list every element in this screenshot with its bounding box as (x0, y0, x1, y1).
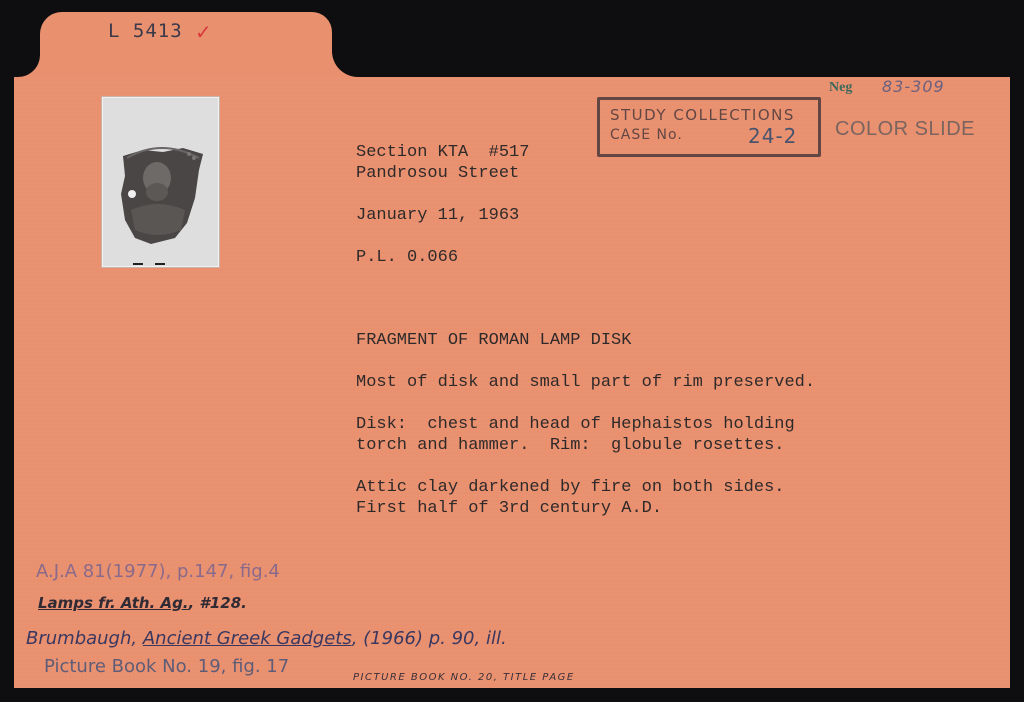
reference-lamps: Lamps fr. Ath. Ag., #128. (38, 594, 247, 612)
preservation-line: Most of disk and small part of rim prese… (356, 372, 815, 393)
date-line: January 11, 1963 (356, 205, 519, 226)
section-line: Section KTA #517 (356, 142, 529, 163)
negative-label: Neg (829, 80, 852, 96)
fabric-line-2: First half of 3rd century A.D. (356, 498, 662, 519)
lamp-fragment-image (103, 98, 218, 266)
reference-lamps-title: Lamps fr. Ath. Ag. (38, 594, 189, 612)
reference-brumbaugh-rest: , (1966) p. 90, ill. (352, 628, 507, 649)
preserved-length: P.L. 0.066 (356, 247, 458, 268)
stamp-heading: STUDY COLLECTIONS (610, 106, 795, 124)
description-line-2: torch and hammer. Rim: globule rosettes. (356, 435, 784, 456)
fabric-line-1: Attic clay darkened by fire on both side… (356, 477, 784, 498)
card-tab-shoulder-right (310, 40, 360, 80)
reference-brumbaugh-title: Ancient Greek Gadgets (143, 628, 352, 649)
description-line-1: Disk: chest and head of Hephaistos holdi… (356, 414, 795, 435)
study-collections-stamp: STUDY COLLECTIONS CASE No. 24-2 (597, 97, 821, 157)
reference-brumbaugh: Brumbaugh, Ancient Greek Gadgets, (1966)… (26, 628, 507, 649)
stamp-case-number: 24-2 (748, 124, 797, 148)
object-title: FRAGMENT OF ROMAN LAMP DISK (356, 330, 631, 351)
reference-aja: A.J.A 81(1977), p.147, fig.4 (36, 561, 280, 582)
color-slide-stamp: COLOR SLIDE (835, 118, 975, 141)
artifact-photo (102, 97, 219, 267)
stamp-case-label: CASE No. (610, 127, 683, 143)
negative-number: 83-309 (882, 77, 945, 96)
street-line: Pandrosou Street (356, 163, 519, 184)
reference-lamps-number: , #128. (189, 594, 247, 612)
reference-picture-book-19: Picture Book No. 19, fig. 17 (44, 656, 289, 677)
check-mark-icon: ✓ (195, 20, 212, 44)
reference-picture-book-20: PICTURE BOOK NO. 20, TITLE PAGE (353, 672, 575, 683)
catalog-number: L 5413 (108, 20, 183, 42)
reference-brumbaugh-author: Brumbaugh, (26, 628, 143, 649)
